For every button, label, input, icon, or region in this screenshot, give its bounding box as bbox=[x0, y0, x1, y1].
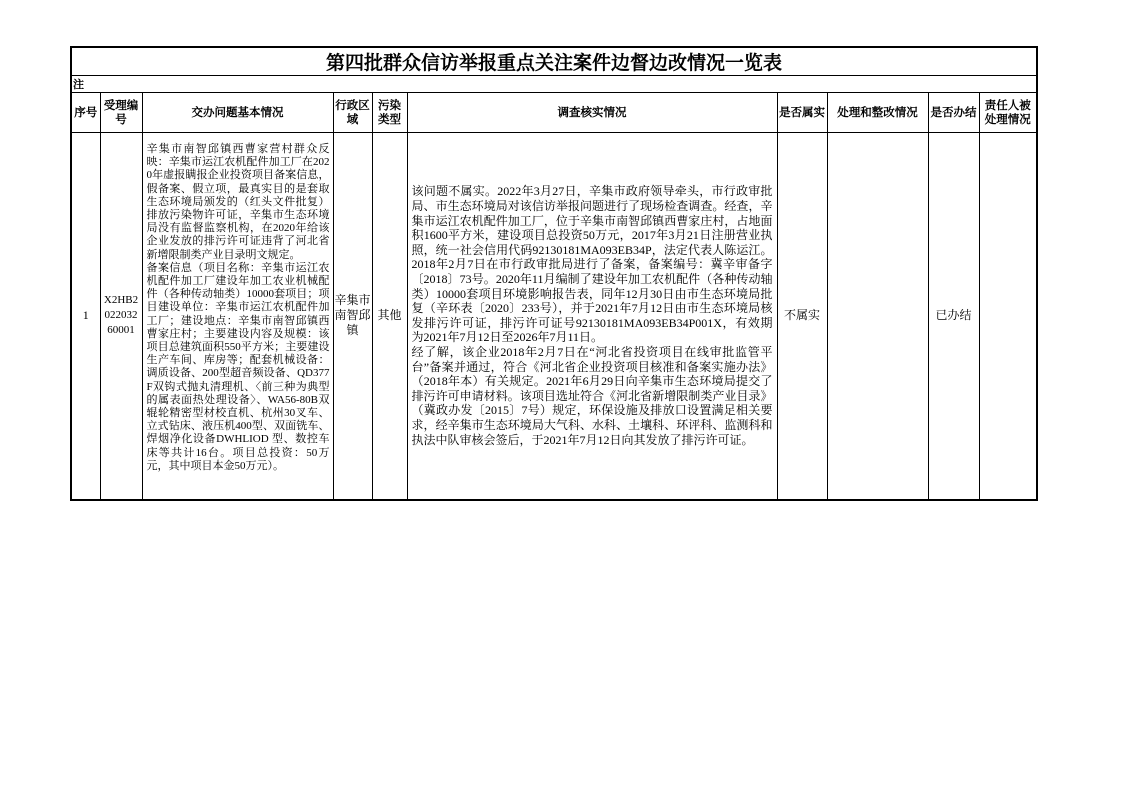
title-row: 第四批群众信访举报重点关注案件边督边改情况一览表 bbox=[71, 47, 1037, 76]
cell-seq: 1 bbox=[71, 133, 100, 500]
cell-pollution-type: 其他 bbox=[372, 133, 407, 500]
verification-paragraph-2: 经了解，该企业2018年2月7日在“河北省投资项目在线审批监管平台”备案并通过，… bbox=[412, 345, 773, 447]
problem-paragraph-2: 备案信息（项目名称：辛集市运江农机配件加工厂建设年加工农业机械配件（各种传动轴类… bbox=[147, 262, 330, 473]
note-label: 注 bbox=[71, 76, 1037, 93]
col-header-is-closed: 是否办结 bbox=[928, 93, 979, 133]
col-header-is-true: 是否属实 bbox=[777, 93, 827, 133]
cell-is-true: 不属实 bbox=[777, 133, 827, 500]
problem-paragraph-1: 辛集市南智邱镇西曹家营村群众反映：辛集市运江农机配件加工厂在2020年虚报瞒报企… bbox=[147, 143, 330, 262]
table-header-row: 序号 受理编号 交办问题基本情况 行政区域 污染类型 调查核实情况 是否属实 处… bbox=[71, 93, 1037, 133]
cell-accountability bbox=[979, 133, 1037, 500]
cell-verification: 该问题不属实。2022年3月27日，辛集市政府领导牵头，市行政审批局、市生态环境… bbox=[407, 133, 777, 500]
verification-paragraph-1: 该问题不属实。2022年3月27日，辛集市政府领导牵头，市行政审批局、市生态环境… bbox=[412, 184, 773, 345]
report-table: 第四批群众信访举报重点关注案件边督边改情况一览表 注 序号 受理编号 交办问题基… bbox=[70, 46, 1038, 501]
cell-is-closed: 已办结 bbox=[928, 133, 979, 500]
table-row: 1 X2HB202203260001 辛集市南智邱镇西曹家营村群众反映：辛集市运… bbox=[71, 133, 1037, 500]
page-title: 第四批群众信访举报重点关注案件边督边改情况一览表 bbox=[71, 47, 1037, 76]
col-header-accountability: 责任人被处理情况 bbox=[979, 93, 1037, 133]
col-header-verification: 调查核实情况 bbox=[407, 93, 777, 133]
document-page: 第四批群众信访举报重点关注案件边督边改情况一览表 注 序号 受理编号 交办问题基… bbox=[0, 0, 1122, 793]
cell-case-no: X2HB202203260001 bbox=[100, 133, 142, 500]
col-header-problem: 交办问题基本情况 bbox=[142, 93, 333, 133]
col-header-region: 行政区域 bbox=[333, 93, 372, 133]
col-header-pollution-type: 污染类型 bbox=[372, 93, 407, 133]
col-header-case-no: 受理编号 bbox=[100, 93, 142, 133]
cell-rectification bbox=[827, 133, 928, 500]
col-header-seq: 序号 bbox=[71, 93, 100, 133]
col-header-rectification: 处理和整改情况 bbox=[827, 93, 928, 133]
cell-problem: 辛集市南智邱镇西曹家营村群众反映：辛集市运江农机配件加工厂在2020年虚报瞒报企… bbox=[142, 133, 333, 500]
note-row: 注 bbox=[71, 76, 1037, 93]
cell-region: 辛集市南智邱镇 bbox=[333, 133, 372, 500]
